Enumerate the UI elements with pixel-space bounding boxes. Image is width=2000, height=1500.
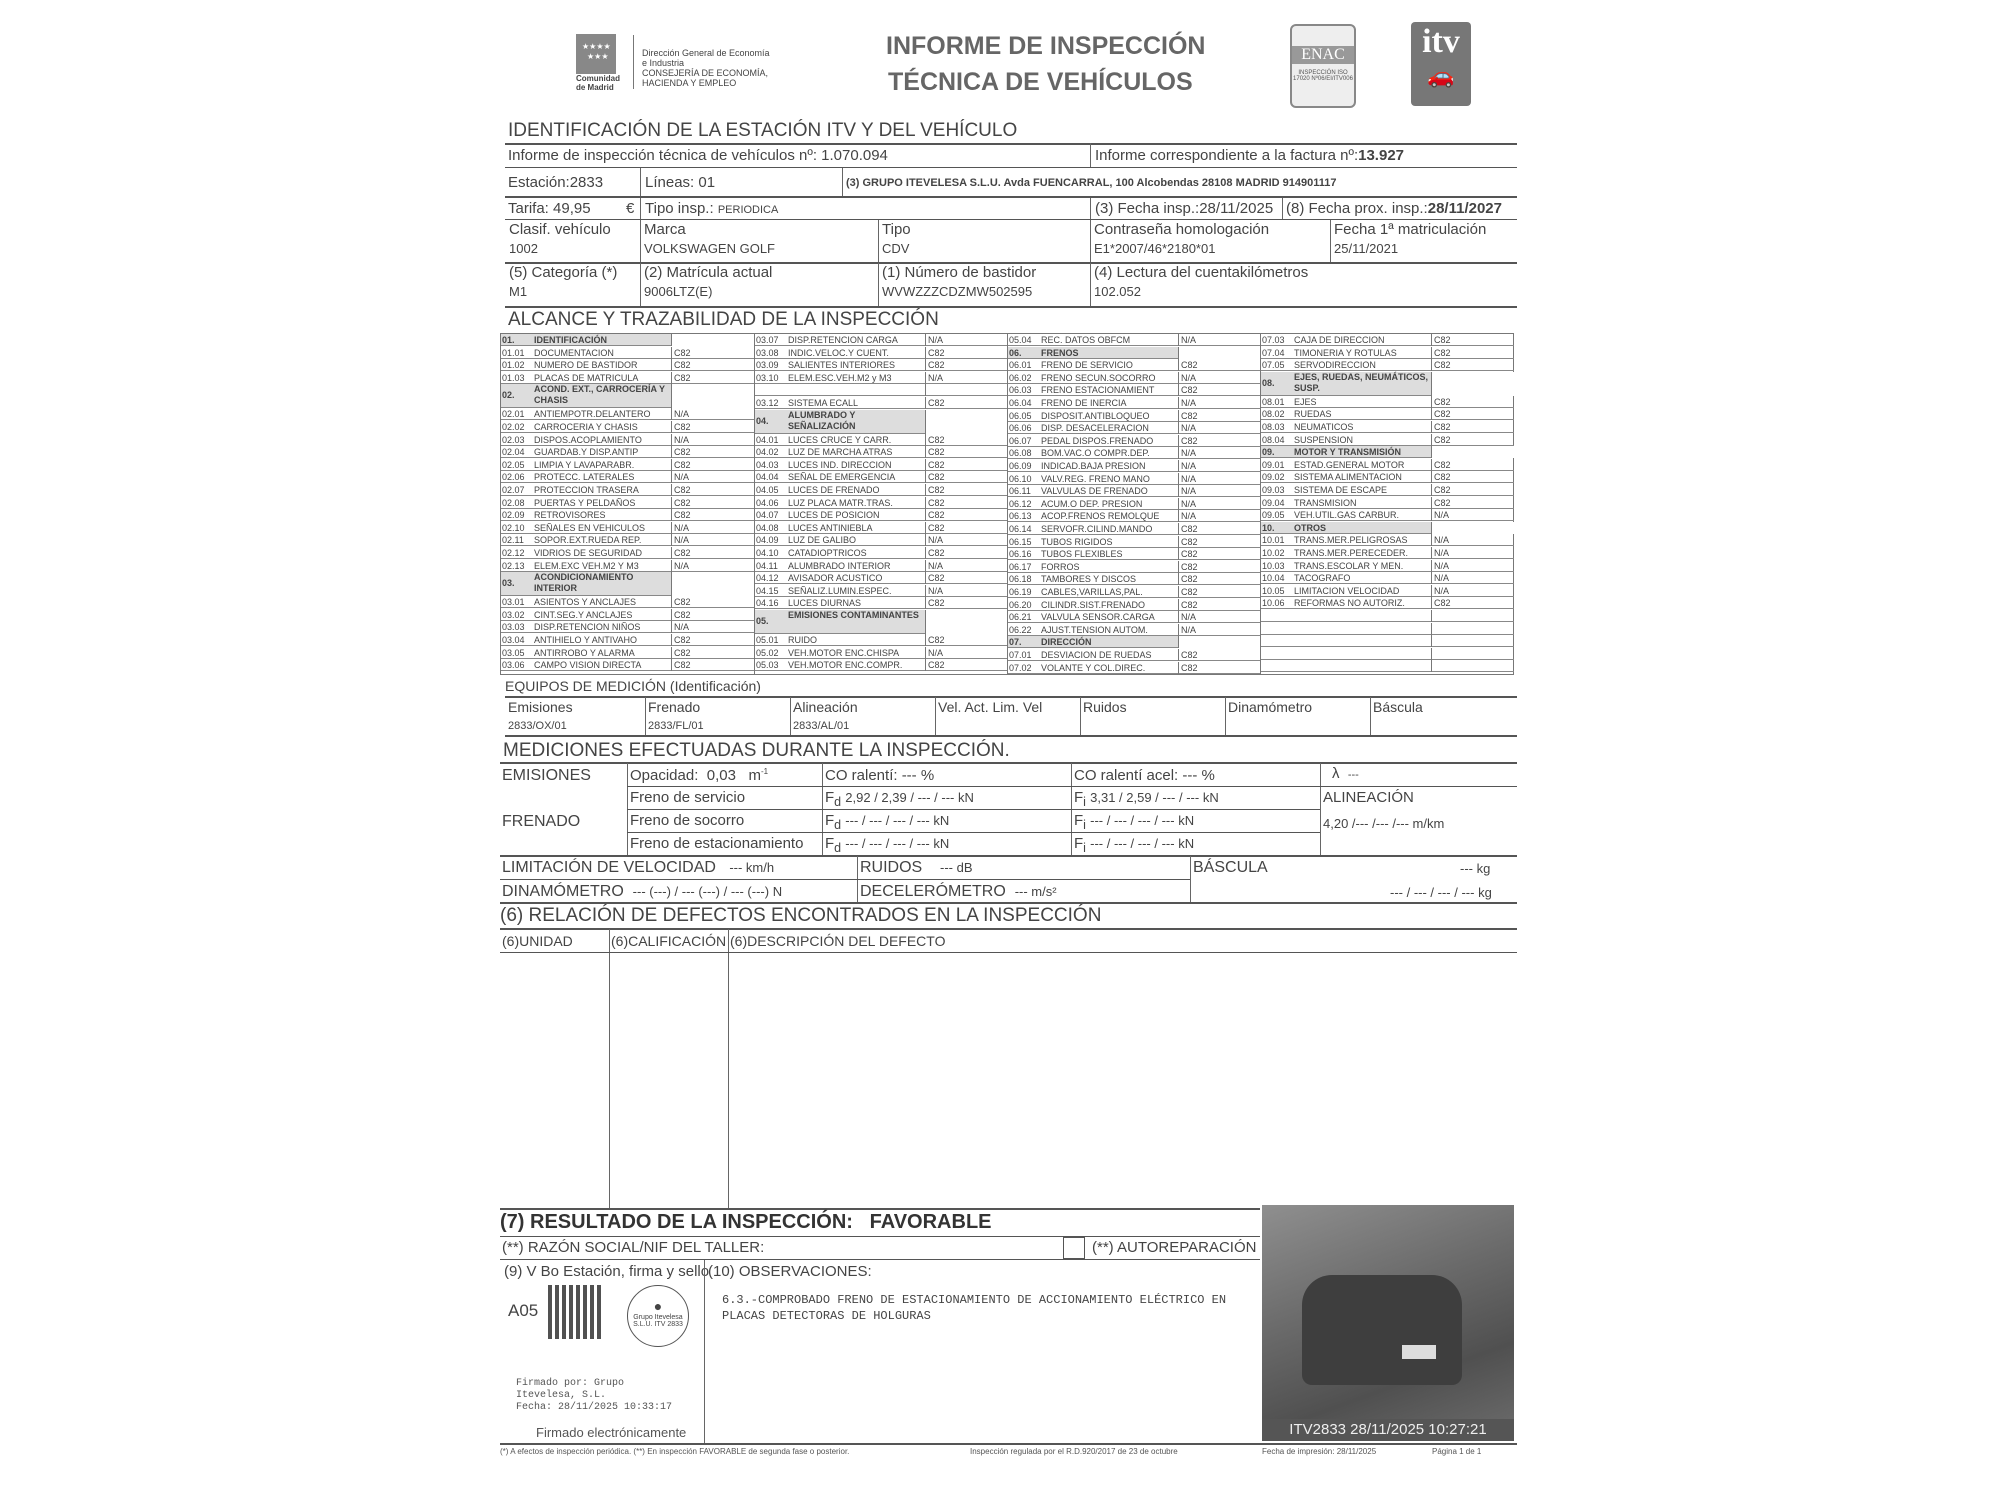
item-result: C82 bbox=[1431, 459, 1514, 471]
scope-item-row bbox=[1261, 660, 1514, 672]
item-name: EMISIONES CONTAMINANTES bbox=[788, 610, 923, 621]
scope-item-row: 02.07PROTECCION TRASERAC82 bbox=[501, 484, 754, 496]
scope-item-row: 04.11ALUMBRADO INTERIORN/A bbox=[755, 560, 1008, 572]
item-name: RUIDO bbox=[788, 634, 817, 646]
item-code: 04.10 bbox=[756, 547, 779, 559]
scope-item-row: 06.06DISP. DESACELERACIONN/A bbox=[1008, 422, 1261, 434]
item-result: C82 bbox=[1178, 548, 1261, 560]
item-code: 01.01 bbox=[502, 347, 525, 359]
item-result: N/A bbox=[925, 534, 1008, 546]
scope-item-row: 04.09LUZ DE GALIBON/A bbox=[755, 534, 1008, 546]
lambda-value: --- bbox=[1348, 769, 1359, 781]
scope-item-row: 06.16TUBOS FLEXIBLESC82 bbox=[1008, 548, 1261, 560]
scope-section-row: 10.OTROS bbox=[1261, 522, 1514, 534]
item-code: 06.15 bbox=[1009, 536, 1032, 548]
opacity-unit: m bbox=[748, 767, 761, 784]
equipment-item: Emisiones2833/OX/01 bbox=[508, 699, 573, 732]
item-name: DISP.RETENCION NIÑOS bbox=[534, 621, 640, 633]
scale-axles: --- / --- / --- / --- kg bbox=[1390, 885, 1492, 900]
item-result: N/A bbox=[1178, 498, 1261, 510]
brake-fi-value: --- / --- / --- / --- kN bbox=[1090, 836, 1194, 851]
item-result: C82 bbox=[671, 347, 754, 359]
scale-label: BÁSCULA bbox=[1193, 859, 1268, 877]
equipment-title: EQUIPOS DE MEDICIÓN (Identificación) bbox=[505, 678, 761, 694]
item-code: 07. bbox=[1009, 636, 1022, 648]
item-result: C82 bbox=[671, 596, 754, 608]
item-code: 06.06 bbox=[1009, 422, 1032, 434]
enac-label: ENAC bbox=[1292, 46, 1354, 64]
footer-regulation: Inspección regulada por el R.D.920/2017 … bbox=[970, 1447, 1178, 1456]
item-name: LUCES DIURNAS bbox=[788, 597, 861, 609]
item-result: N/A bbox=[1178, 485, 1261, 497]
item-result: C82 bbox=[1178, 359, 1261, 371]
item-name: SERVODIRECCION bbox=[1294, 359, 1376, 371]
vehicle-field: Contraseña homologaciónE1*2007/46*2180*0… bbox=[1094, 221, 1269, 256]
scope-item-row: 03.07DISP.RETENCION CARGAN/A bbox=[755, 334, 1008, 346]
brake-fd: Fd 2,92 / 2,39 / --- / --- kN bbox=[825, 789, 974, 809]
item-result: C82 bbox=[1431, 359, 1514, 371]
item-name: CAMPO VISION DIRECTA bbox=[534, 659, 641, 671]
field-value: 1002 bbox=[509, 241, 611, 256]
item-code: 04.08 bbox=[756, 522, 779, 534]
item-result: C82 bbox=[671, 497, 754, 509]
field-value: E1*2007/46*2180*01 bbox=[1094, 241, 1269, 256]
scope-item-row: 02.04GUARDAB.Y DISP.ANTIPC82 bbox=[501, 446, 754, 458]
self-repair-checkbox[interactable] bbox=[1063, 1237, 1085, 1259]
self-repair-label: (**) AUTOREPARACIÓN bbox=[1092, 1239, 1256, 1256]
footer-note: (*) A efectos de inspección periódica. (… bbox=[500, 1447, 849, 1456]
item-name: TRANSMISION bbox=[1294, 497, 1357, 509]
cell-divider bbox=[1080, 697, 1081, 735]
scope-item-row: 05.01RUIDOC82 bbox=[755, 634, 1008, 646]
scope-item-row: 03.04ANTIHIELO Y ANTIVAHOC82 bbox=[501, 634, 754, 646]
item-result bbox=[671, 334, 754, 346]
item-result: N/A bbox=[671, 471, 754, 483]
scope-item-row: 04.10CATADIOPTRICOSC82 bbox=[755, 547, 1008, 559]
identification-title: IDENTIFICACIÓN DE LA ESTACIÓN ITV Y DEL … bbox=[508, 120, 1017, 142]
item-code: 10. bbox=[1262, 522, 1275, 534]
scope-item-row: 07.03CAJA DE DIRECCIONC82 bbox=[1261, 334, 1514, 346]
item-code: 10.05 bbox=[1262, 585, 1285, 597]
force-sub: d bbox=[834, 818, 841, 832]
item-result: C82 bbox=[1431, 497, 1514, 509]
item-name: DISPOSIT.ANTIBLOQUEO bbox=[1041, 410, 1150, 422]
report-number: 1.070.094 bbox=[821, 147, 888, 164]
scope-item-row: 03.01ASIENTOS Y ANCLAJESC82 bbox=[501, 596, 754, 608]
item-code: 06.19 bbox=[1009, 586, 1032, 598]
item-code: 03.06 bbox=[502, 659, 525, 671]
item-name: RETROVISORES bbox=[534, 509, 606, 521]
scope-item-row: 03.10ELEM.ESC.VEH.M2 y M3N/A bbox=[755, 372, 1008, 384]
decelerometer-field: DECELERÓMETRO --- m/s² bbox=[860, 883, 1057, 901]
dg-line: Dirección General de Economía bbox=[642, 48, 770, 58]
force-sub: i bbox=[1083, 818, 1086, 832]
item-result: N/A bbox=[671, 522, 754, 534]
scope-item-row: 02.05LIMPIA Y LAVAPARABR.C82 bbox=[501, 459, 754, 471]
item-name: FRENO ESTACIONAMIENT bbox=[1041, 384, 1154, 396]
scope-item-row: 07.05SERVODIRECCIONC82 bbox=[1261, 359, 1514, 371]
item-result: C82 bbox=[1178, 573, 1261, 585]
enac-sub: INSPECCIÓN ISO 17020 Nº06/EI/ITV006 bbox=[1292, 70, 1354, 82]
item-result: N/A bbox=[1431, 547, 1514, 559]
item-result: C82 bbox=[1178, 435, 1261, 447]
cell-divider bbox=[1330, 220, 1331, 262]
scope-item-row: 09.03SISTEMA DE ESCAPEC82 bbox=[1261, 484, 1514, 496]
item-result bbox=[1431, 522, 1514, 534]
item-name: ALUMBRADO Y SEÑALIZACIÓN bbox=[788, 410, 923, 432]
scope-item-row: 02.09RETROVISORESC82 bbox=[501, 509, 754, 521]
item-result: C82 bbox=[671, 509, 754, 521]
item-code: 05.01 bbox=[756, 634, 779, 646]
item-result: N/A bbox=[1178, 397, 1261, 409]
field-label: Fecha 1ª matriculación bbox=[1334, 221, 1486, 238]
item-name: VEH.MOTOR ENC.CHISPA bbox=[788, 647, 899, 659]
item-name: VEH.MOTOR ENC.COMPR. bbox=[788, 659, 902, 671]
alignment-value: 4,20 /--- /--- /--- m/km bbox=[1323, 816, 1444, 831]
field-label: (1) Número de bastidor bbox=[882, 264, 1036, 281]
scope-item-row: 01.03PLACAS DE MATRICULAC82 bbox=[501, 372, 754, 384]
scope-item-row: 06.22AJUST.TENSION AUTOM.N/A bbox=[1008, 624, 1261, 636]
item-name: TRANS.ESCOLAR Y MEN. bbox=[1294, 560, 1403, 572]
cell-divider bbox=[935, 697, 936, 735]
item-code: 03.02 bbox=[502, 609, 525, 621]
item-code: 06.07 bbox=[1009, 435, 1032, 447]
item-name: LUZ DE MARCHA ATRAS bbox=[788, 446, 892, 458]
footer-print-date: Fecha de impresión: 28/11/2025 bbox=[1262, 1447, 1376, 1456]
equipment-label: Frenado bbox=[648, 699, 704, 715]
scope-item-row: 06.04FRENO DE INERCIAN/A bbox=[1008, 397, 1261, 409]
equipment-item: Vel. Act. Lim. Vel bbox=[938, 699, 1042, 720]
dg-text: Dirección General de Economía e Industri… bbox=[642, 48, 770, 88]
item-code: 04.12 bbox=[756, 572, 779, 584]
item-result: N/A bbox=[1431, 585, 1514, 597]
defects-col-unit: (6)UNIDAD bbox=[502, 933, 573, 949]
vehicle-field: TipoCDV bbox=[882, 221, 911, 256]
scope-item-row: 03.02CINT.SEG.Y ANCLAJESC82 bbox=[501, 609, 754, 621]
item-code: 02.08 bbox=[502, 497, 525, 509]
noise-value: --- dB bbox=[940, 860, 973, 875]
item-result: C82 bbox=[1431, 471, 1514, 483]
field-label: (4) Lectura del cuentakilómetros bbox=[1094, 264, 1308, 281]
item-code: 06.21 bbox=[1009, 611, 1032, 623]
scope-column: 05.04REC. DATOS OBFCMN/A06.FRENOS06.01FR… bbox=[1007, 334, 1261, 674]
vehicle-field: MarcaVOLKSWAGEN GOLF bbox=[644, 221, 775, 256]
cell-divider bbox=[640, 220, 641, 262]
item-code: 04.01 bbox=[756, 434, 779, 446]
item-code: 02.02 bbox=[502, 421, 525, 433]
item-code: 07.01 bbox=[1009, 649, 1032, 661]
item-name: REFORMAS NO AUTORIZ. bbox=[1294, 597, 1405, 609]
madrid-org-name: Comunidad de Madrid bbox=[576, 74, 628, 92]
scope-item-row: 10.01TRANS.MER.PELIGROSASN/A bbox=[1261, 534, 1514, 546]
item-result: N/A bbox=[671, 434, 754, 446]
item-code: 05. bbox=[756, 616, 769, 627]
item-result bbox=[1178, 636, 1261, 648]
scope-item-row: 02.08PUERTAS Y PELDAÑOSC82 bbox=[501, 497, 754, 509]
item-code: 06.08 bbox=[1009, 447, 1032, 459]
item-code: 02.13 bbox=[502, 560, 525, 572]
item-name: DISP. DESACELERACION bbox=[1041, 422, 1149, 434]
cell-divider bbox=[1225, 697, 1226, 735]
item-result: C82 bbox=[925, 434, 1008, 446]
item-result: C82 bbox=[671, 484, 754, 496]
item-result bbox=[1431, 610, 1514, 622]
invoice-label: Informe correspondiente a la factura nº: bbox=[1095, 147, 1358, 164]
item-code: 02.12 bbox=[502, 547, 525, 559]
scope-column: 07.03CAJA DE DIRECCIONC8207.04TIMONERIA … bbox=[1260, 334, 1514, 674]
item-result: C82 bbox=[925, 659, 1008, 671]
equipment-item: Frenado2833/FL/01 bbox=[648, 699, 704, 732]
cell-divider bbox=[1090, 263, 1091, 306]
car-icon: 🚗 bbox=[1411, 62, 1471, 90]
item-name: SEÑALIZ.LUMIN.ESPEC. bbox=[788, 585, 892, 597]
item-code: 06.22 bbox=[1009, 624, 1032, 636]
scope-item-row: 04.12AVISADOR ACUSTICOC82 bbox=[755, 572, 1008, 584]
enac-logo: ENAC INSPECCIÓN ISO 17020 Nº06/EI/ITV006 bbox=[1290, 24, 1356, 108]
report-title-line1: INFORME DE INSPECCIÓN bbox=[886, 32, 1205, 61]
item-result: C82 bbox=[1431, 421, 1514, 433]
scope-item-row: 09.04TRANSMISIONC82 bbox=[1261, 497, 1514, 509]
item-result: C82 bbox=[1178, 599, 1261, 611]
vehicle-field: Clasif. vehículo1002 bbox=[509, 221, 611, 256]
report-number-field: Informe de inspección técnica de vehícul… bbox=[508, 147, 888, 164]
item-code: 04.16 bbox=[756, 597, 779, 609]
item-name: ANTIEMPOTR.DELANTERO bbox=[534, 408, 651, 420]
item-name: SALIENTES INTERIORES bbox=[788, 359, 895, 371]
force-sub: d bbox=[834, 795, 841, 809]
item-result: N/A bbox=[671, 560, 754, 572]
brake-fi: Fi 3,31 / 2,59 / --- / --- kN bbox=[1074, 789, 1219, 809]
item-code: 03.01 bbox=[502, 596, 525, 608]
lines-label: Líneas: bbox=[645, 174, 694, 191]
seal-text: Grupo Itevelesa S.L.U. ITV 2833 bbox=[628, 1314, 688, 1328]
scope-item-row: 06.17FORROSC82 bbox=[1008, 561, 1261, 573]
item-result: C82 bbox=[925, 509, 1008, 521]
field-value: CDV bbox=[882, 241, 911, 256]
force-symbol: F bbox=[825, 835, 834, 852]
item-result bbox=[925, 384, 1008, 396]
item-name: PLACAS DE MATRICULA bbox=[534, 372, 638, 384]
scope-section-row: 01.IDENTIFICACIÓN bbox=[501, 334, 754, 346]
item-name: VIDRIOS DE SEGURIDAD bbox=[534, 547, 642, 559]
item-result: C82 bbox=[1431, 334, 1514, 346]
tariff-value: 49,95 bbox=[553, 200, 591, 217]
speed-limit-field: LIMITACIÓN DE VELOCIDAD --- km/h bbox=[502, 859, 774, 877]
equipment-item: Báscula bbox=[1373, 699, 1423, 720]
item-result: N/A bbox=[925, 334, 1008, 346]
item-result: C82 bbox=[1431, 597, 1514, 609]
item-name: LUCES CRUCE Y CARR. bbox=[788, 434, 891, 446]
defects-col-rating: (6)CALIFICACIÓN bbox=[611, 933, 726, 949]
scope-item-row bbox=[1261, 648, 1514, 660]
item-name: SERVOFR.CILIND.MANDO bbox=[1041, 523, 1152, 535]
lines-field: Líneas: 01 bbox=[645, 174, 715, 191]
scope-item-row: 01.02NUMERO DE BASTIDORC82 bbox=[501, 359, 754, 371]
item-name: TIMONERIA Y ROTULAS bbox=[1294, 347, 1397, 359]
brake-fi-value: 3,31 / 2,59 / --- / --- kN bbox=[1090, 790, 1219, 805]
item-code: 06.05 bbox=[1009, 410, 1032, 422]
force-symbol: F bbox=[1074, 835, 1083, 852]
item-result: C82 bbox=[671, 609, 754, 621]
scope-item-row bbox=[1261, 610, 1514, 622]
item-result: N/A bbox=[1178, 624, 1261, 636]
item-code: 02.03 bbox=[502, 434, 525, 446]
item-name: ACOND. EXT., CARROCERÍA Y CHASIS bbox=[534, 384, 669, 406]
item-code: 08. bbox=[1262, 378, 1275, 389]
item-code: 07.04 bbox=[1262, 347, 1285, 359]
item-result bbox=[925, 410, 1008, 434]
item-code: 01. bbox=[502, 334, 515, 346]
item-name: OTROS bbox=[1294, 522, 1326, 534]
item-code: 10.03 bbox=[1262, 560, 1285, 572]
force-sub: i bbox=[1083, 841, 1086, 855]
item-result bbox=[671, 572, 754, 596]
vehicle-field: Fecha 1ª matriculación25/11/2021 bbox=[1334, 221, 1486, 256]
scope-item-row: 04.15SEÑALIZ.LUMIN.ESPEC.N/A bbox=[755, 585, 1008, 597]
cell-divider bbox=[790, 697, 791, 735]
item-name: INDICAD.BAJA PRESION bbox=[1041, 460, 1146, 472]
item-code: 02.10 bbox=[502, 522, 525, 534]
item-result: C82 bbox=[925, 522, 1008, 534]
item-code: 09.02 bbox=[1262, 471, 1285, 483]
item-name: SUSPENSION bbox=[1294, 434, 1353, 446]
scope-item-row: 02.02CARROCERIA Y CHASISC82 bbox=[501, 421, 754, 433]
inspection-type: PERIODICA bbox=[718, 204, 779, 216]
item-code: 02.01 bbox=[502, 408, 525, 420]
item-result: C82 bbox=[1431, 347, 1514, 359]
force-symbol: F bbox=[1074, 789, 1083, 806]
dynamometer-value: --- (---) / --- (---) / --- (---) N bbox=[633, 884, 782, 899]
brake-fd: Fd --- / --- / --- / --- kN bbox=[825, 812, 949, 832]
item-name: ESTAD.GENERAL MOTOR bbox=[1294, 459, 1404, 471]
next-inspection-field: (8) Fecha prox. insp.:28/11/2027 bbox=[1286, 200, 1502, 217]
scope-section-row: 02.ACOND. EXT., CARROCERÍA Y CHASIS bbox=[501, 384, 754, 408]
item-code: 02.06 bbox=[502, 471, 525, 483]
item-result bbox=[1431, 648, 1514, 660]
item-name: PROTECCION TRASERA bbox=[534, 484, 639, 496]
equipment-label: Báscula bbox=[1373, 699, 1423, 715]
equipment-id: 2833/FL/01 bbox=[648, 720, 704, 732]
item-name: TUBOS RIGIDOS bbox=[1041, 536, 1113, 548]
scope-item-row: 03.09SALIENTES INTERIORESC82 bbox=[755, 359, 1008, 371]
scope-item-row: 08.04SUSPENSIONC82 bbox=[1261, 434, 1514, 446]
scope-item-row: 06.15TUBOS RIGIDOSC82 bbox=[1008, 536, 1261, 548]
item-code: 01.03 bbox=[502, 372, 525, 384]
item-name: LUCES ANTINIEBLA bbox=[788, 522, 873, 534]
station-field: Estación:2833 bbox=[508, 174, 603, 191]
next-inspection-label: (8) Fecha prox. insp.: bbox=[1286, 200, 1428, 217]
item-code: 03.05 bbox=[502, 647, 525, 659]
vehicle-silhouette bbox=[1302, 1275, 1462, 1385]
item-name: AVISADOR ACUSTICO bbox=[788, 572, 882, 584]
item-code: 08.01 bbox=[1262, 396, 1285, 408]
item-result: N/A bbox=[1178, 473, 1261, 485]
signed-by-line: Firmado por: Grupo bbox=[516, 1378, 672, 1390]
scope-section-row: 03.ACONDICIONAMIENTO INTERIOR bbox=[501, 572, 754, 596]
item-result: C82 bbox=[671, 446, 754, 458]
item-result: C82 bbox=[925, 597, 1008, 609]
item-code: 10.04 bbox=[1262, 572, 1285, 584]
item-name: PEDAL DISPOS.FRENADO bbox=[1041, 435, 1153, 447]
scope-section-row: 05.EMISIONES CONTAMINANTES bbox=[755, 610, 1008, 634]
scope-item-row: 02.01ANTIEMPOTR.DELANTERON/A bbox=[501, 408, 754, 420]
item-result: C82 bbox=[1178, 662, 1261, 674]
item-code: 06.18 bbox=[1009, 573, 1032, 585]
signed-date: Fecha: 28/11/2025 10:33:17 bbox=[516, 1402, 672, 1414]
scope-item-row: 06.07PEDAL DISPOS.FRENADOC82 bbox=[1008, 435, 1261, 447]
qr-code[interactable] bbox=[548, 1285, 602, 1339]
item-result: N/A bbox=[671, 408, 754, 420]
item-code: 07.05 bbox=[1262, 359, 1285, 371]
scope-item-row: 04.07LUCES DE POSICIONC82 bbox=[755, 509, 1008, 521]
item-name: DOCUMENTACION bbox=[534, 347, 614, 359]
equipment-label: Ruidos bbox=[1083, 699, 1127, 715]
force-symbol: F bbox=[825, 789, 834, 806]
item-name: VOLANTE Y COL.DIREC. bbox=[1041, 662, 1145, 674]
item-result: N/A bbox=[925, 560, 1008, 572]
equipment-label: Vel. Act. Lim. Vel bbox=[938, 699, 1042, 715]
item-result: N/A bbox=[1431, 572, 1514, 584]
item-result: C82 bbox=[925, 547, 1008, 559]
scope-section-row: 08.EJES, RUEDAS, NEUMÁTICOS, SUSP. bbox=[1261, 372, 1514, 396]
force-sub: i bbox=[1083, 795, 1086, 809]
scope-item-row bbox=[1261, 635, 1514, 647]
item-code: 06.11 bbox=[1009, 485, 1031, 497]
scope-item-row: 06.08BOM.VAC.O COMPR.DEP.N/A bbox=[1008, 447, 1261, 459]
item-code: 04.09 bbox=[756, 534, 779, 546]
item-code: 10.06 bbox=[1262, 597, 1285, 609]
scope-column: 01.IDENTIFICACIÓN01.01DOCUMENTACIONC8201… bbox=[501, 334, 754, 674]
dg-line: HACIENDA Y EMPLEO bbox=[642, 78, 770, 88]
item-result: C82 bbox=[671, 547, 754, 559]
item-code: 06.04 bbox=[1009, 397, 1032, 409]
item-result: C82 bbox=[925, 634, 1008, 646]
scope-item-row: 09.01ESTAD.GENERAL MOTORC82 bbox=[1261, 459, 1514, 471]
report-number-label: Informe de inspección técnica de vehícul… bbox=[508, 147, 817, 164]
item-result: C82 bbox=[925, 497, 1008, 509]
observations-text: 6.3.-COMPROBADO FRENO DE ESTACIONAMIENTO… bbox=[722, 1292, 1226, 1324]
currency-symbol: € bbox=[626, 200, 634, 217]
item-name: PROTECC. LATERALES bbox=[534, 471, 634, 483]
item-name: SISTEMA DE ESCAPE bbox=[1294, 484, 1387, 496]
item-name: GUARDAB.Y DISP.ANTIP bbox=[534, 446, 638, 458]
signed-by-line: Itevelesa, S.L. bbox=[516, 1390, 672, 1402]
item-code: 06.20 bbox=[1009, 599, 1032, 611]
scope-item-row: 04.04SEÑAL DE EMERGENCIAC82 bbox=[755, 471, 1008, 483]
item-name: IDENTIFICACIÓN bbox=[534, 334, 607, 346]
vehicle-field: (5) Categoría (*)M1 bbox=[509, 264, 617, 299]
item-result: C82 bbox=[671, 647, 754, 659]
item-code: 10.02 bbox=[1262, 547, 1285, 559]
item-name: VALV.REG. FRENO MANO bbox=[1041, 473, 1150, 485]
scope-item-row: 02.12VIDRIOS DE SEGURIDADC82 bbox=[501, 547, 754, 559]
equipment-label: Alineación bbox=[793, 699, 858, 715]
item-code: 06.14 bbox=[1009, 523, 1032, 535]
item-name: TACOGRAFO bbox=[1294, 572, 1350, 584]
noise-field: RUIDOS --- dB bbox=[860, 859, 973, 877]
item-result bbox=[1431, 660, 1514, 672]
item-name: LUZ DE GALIBO bbox=[788, 534, 856, 546]
item-result: C82 bbox=[1431, 396, 1514, 408]
item-code: 03.07 bbox=[756, 334, 779, 346]
item-name: TAMBORES Y DISCOS bbox=[1041, 573, 1136, 585]
scope-item-row: 10.02TRANS.MER.PERECEDER.N/A bbox=[1261, 547, 1514, 559]
item-code: 04.03 bbox=[756, 459, 779, 471]
opacity-label: Opacidad: bbox=[630, 767, 698, 784]
report-title-line2: TÉCNICA DE VEHÍCULOS bbox=[888, 68, 1193, 97]
scope-section-row: 04.ALUMBRADO Y SEÑALIZACIÓN bbox=[755, 410, 1008, 434]
scope-item-row: 02.11SOPOR.EXT.RUEDA REP.N/A bbox=[501, 534, 754, 546]
